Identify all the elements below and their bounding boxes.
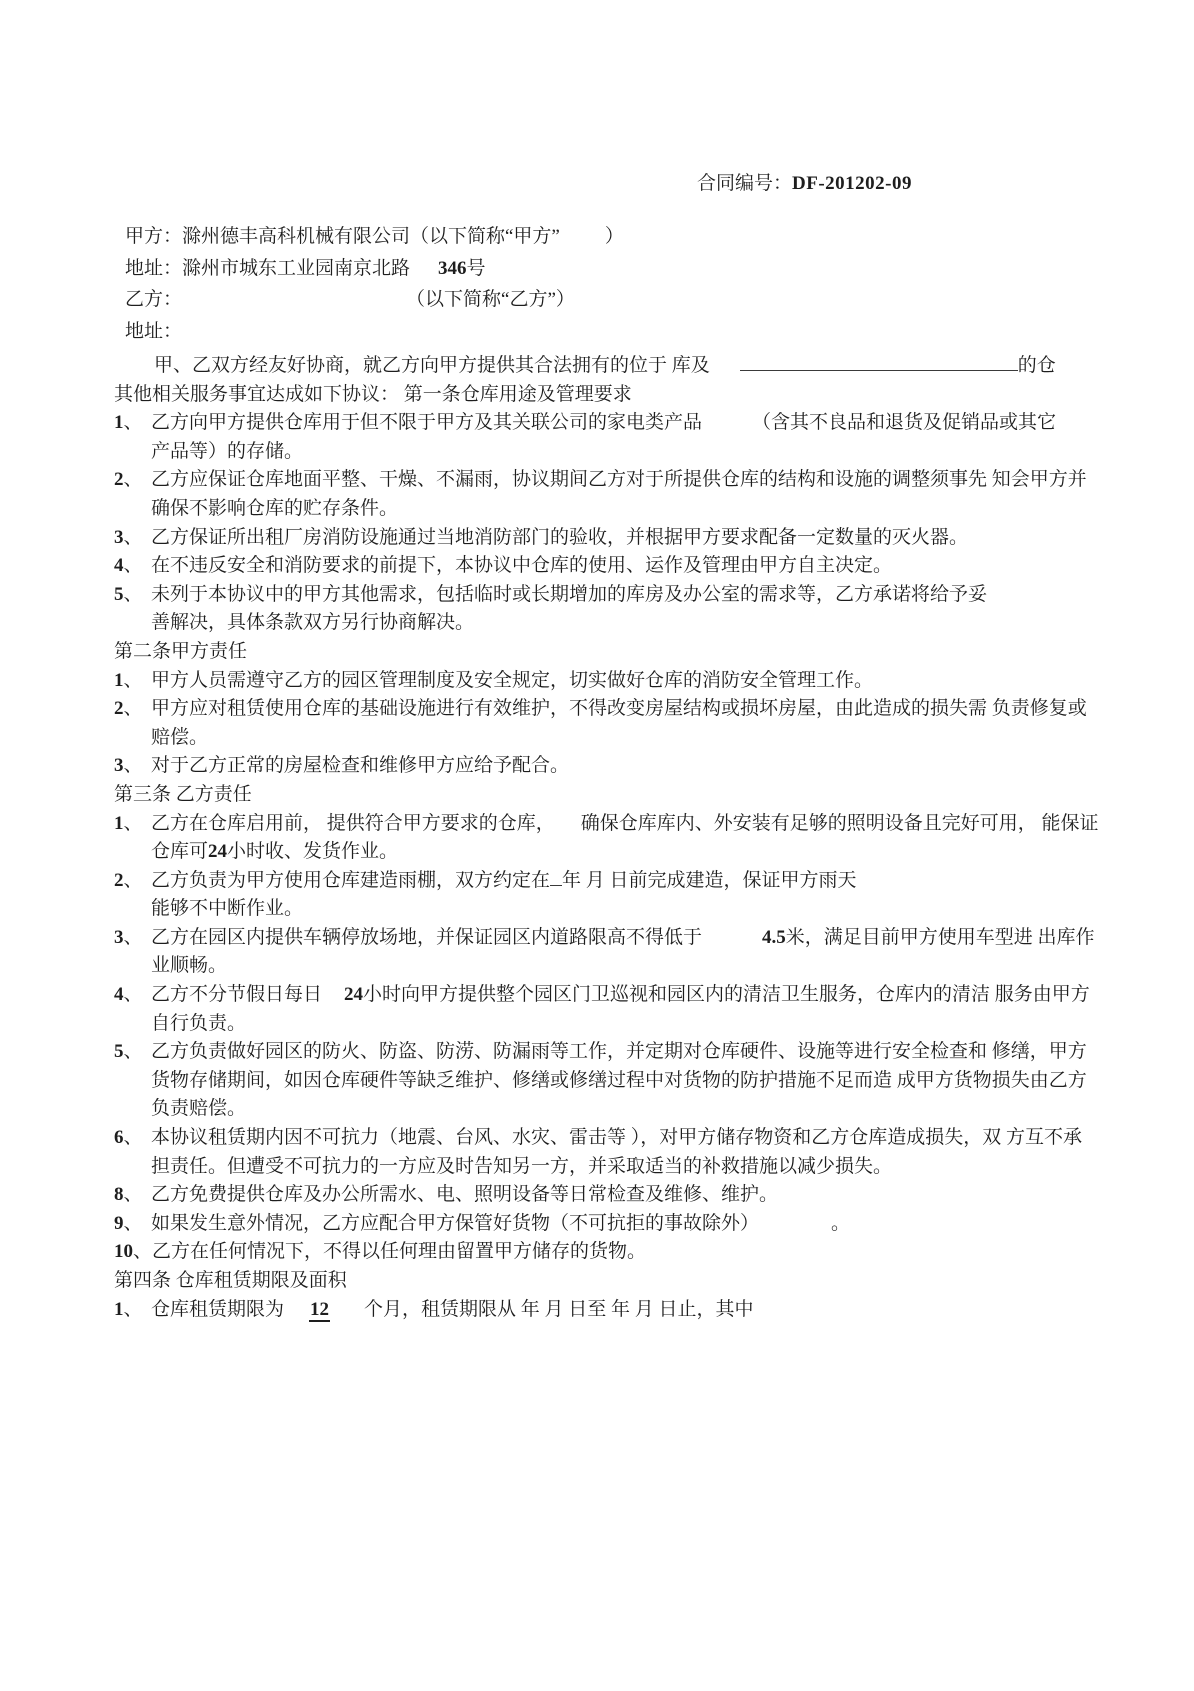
spacer bbox=[759, 1228, 831, 1229]
item-line: 在不违反安全和消防要求的前提下，本协议中仓库的使用、运作及管理由甲方自主决定。 bbox=[151, 552, 892, 581]
text-run: ） bbox=[605, 226, 624, 247]
item-line: 甲方应对租赁使用仓库的基础设施进行有效维护，不得改变房屋结构或损坏房屋，由此造成… bbox=[151, 695, 1087, 724]
header-line: 甲方：滁州德丰高科机械有限公司（以下简称“甲方”） bbox=[125, 221, 1125, 253]
text-run: 仓库可 bbox=[151, 841, 208, 862]
item-number: 9、 bbox=[114, 1210, 151, 1239]
item-number-suffix: 、 bbox=[124, 555, 143, 576]
text-run: 仓库租赁期限为 bbox=[151, 1299, 284, 1320]
item-number-value: 3 bbox=[114, 927, 124, 948]
paragraph-line: 甲、乙双方经友好协商，就乙方向甲方提供其合法拥有的位于 库及的仓 bbox=[114, 352, 1124, 381]
text-run: 甲、乙双方经友好协商，就乙方向甲方提供其合法拥有的位于 库及 bbox=[154, 355, 710, 376]
item-number-value: 3 bbox=[114, 527, 124, 548]
list-item: 5、乙方负责做好园区的防火、防盗、防涝、防漏雨等工作，并定期对仓库硬件、设施等进… bbox=[114, 1038, 1124, 1124]
item-number: 3、 bbox=[114, 524, 151, 553]
section-heading: 第二条甲方责任 bbox=[114, 638, 1124, 667]
text-run: 。 bbox=[831, 1213, 850, 1234]
item-number-suffix: 、 bbox=[124, 927, 143, 948]
text-run: 对于乙方正常的房屋检查和维修甲方应给予配合。 bbox=[151, 755, 569, 776]
item-line: 如果发生意外情况，乙方应配合甲方保管好货物（不可抗拒的事故除外）。 bbox=[151, 1210, 850, 1239]
list-item: 6、本协议租赁期内因不可抗力（地震、台风、水灾、雷击等 ），对甲方储存物资和乙方… bbox=[114, 1124, 1124, 1181]
list-item: 3、对于乙方正常的房屋检查和维修甲方应给予配合。 bbox=[114, 752, 1124, 781]
item-text: 乙方应保证仓库地面平整、干燥、不漏雨，协议期间乙方对于所提供仓库的结构和设施的调… bbox=[151, 466, 1087, 523]
item-number: 1、 bbox=[114, 409, 151, 438]
blank-underline bbox=[740, 353, 1018, 371]
item-text: 乙方在园区内提供车辆停放场地，并保证园区内道路限高不得低于4.5米，满足目前甲方… bbox=[151, 924, 1095, 981]
item-text: 乙方向甲方提供仓库用于但不限于甲方及其关联公司的家电类产品（含其不良品和退货及促… bbox=[151, 409, 1056, 466]
item-text: 乙方在仓库启用前， 提供符合甲方要求的仓库，确保仓库库内、外安装有足够的照明设备… bbox=[151, 810, 1099, 867]
text-run: 乙方不分节假日每日 bbox=[151, 984, 322, 1005]
list-item: 2、甲方应对租赁使用仓库的基础设施进行有效维护，不得改变房屋结构或损坏房屋，由此… bbox=[114, 695, 1124, 752]
contract-document-page: 合同编号：DF-201202-09 甲方：滁州德丰高科机械有限公司（以下简称“甲… bbox=[0, 0, 1194, 1691]
text-run: 的仓 bbox=[1018, 355, 1056, 376]
bold-text-run: 24 bbox=[344, 984, 363, 1005]
item-number: 4、 bbox=[114, 552, 151, 581]
item-number-value: 5 bbox=[114, 1041, 124, 1062]
item-line: 货物存储期间，如因仓库硬件等缺乏维护、修缮或修缮过程中对货物的防护措施不足而造 … bbox=[151, 1067, 1087, 1096]
text-run: 担责任。但遭受不可抗力的一方应及时告知另一方，并采取适当的补救措施以减少损失。 bbox=[151, 1156, 892, 1177]
spacer bbox=[182, 304, 406, 305]
text-run: 自行负责。 bbox=[151, 1013, 246, 1034]
item-number: 8、 bbox=[114, 1181, 151, 1210]
list-item: 3、乙方在园区内提供车辆停放场地，并保证园区内道路限高不得低于4.5米，满足目前… bbox=[114, 924, 1124, 981]
text-run: 年 月 日前完成建造，保证甲方雨天 bbox=[562, 870, 857, 891]
item-text: 如果发生意外情况，乙方应配合甲方保管好货物（不可抗拒的事故除外）。 bbox=[151, 1210, 850, 1239]
text-run: 未列于本协议中的甲方其他需求，包括临时或长期增加的库房及办公室的需求等，乙方承诺… bbox=[151, 584, 987, 605]
item-number: 2、 bbox=[114, 466, 151, 495]
text-run: 小时向甲方提供整个园区门卫巡视和园区内的清洁卫生服务，仓库内的清洁 服务由甲方 bbox=[363, 984, 1090, 1005]
text-run: 地址： bbox=[125, 321, 182, 342]
header-line: 地址：滁州市城东工业园南京北路346号 bbox=[125, 253, 1125, 285]
item-text: 未列于本协议中的甲方其他需求，包括临时或长期增加的库房及办公室的需求等，乙方承诺… bbox=[151, 581, 987, 638]
section-heading: 第四条 仓库租赁期限及面积 bbox=[114, 1267, 1124, 1296]
list-item: 1、甲方人员需遵守乙方的园区管理制度及安全规定，切实做好仓库的消防安全管理工作。 bbox=[114, 667, 1124, 696]
item-line: 担责任。但遭受不可抗力的一方应及时告知另一方，并采取适当的补救措施以减少损失。 bbox=[151, 1153, 1082, 1182]
item-number-suffix: 、 bbox=[124, 412, 143, 433]
item-number-value: 4 bbox=[114, 555, 124, 576]
list-item: 10、乙方在任何情况下，不得以任何理由留置甲方储存的货物。 bbox=[114, 1238, 1124, 1267]
item-text: 仓库租赁期限为12个月，租赁期限从 年 月 日至 年 月 日止，其中 bbox=[151, 1296, 754, 1325]
list-item: 2、乙方负责为甲方使用仓库建造雨棚，双方约定在年 月 日前完成建造，保证甲方雨天… bbox=[114, 867, 1124, 924]
item-line: 本协议租赁期内因不可抗力（地震、台风、水灾、雷击等 ），对甲方储存物资和乙方仓库… bbox=[151, 1124, 1082, 1153]
text-run: 货物存储期间，如因仓库硬件等缺乏维护、修缮或修缮过程中对货物的防护措施不足而造 … bbox=[151, 1070, 1087, 1091]
item-number-value: 8 bbox=[114, 1184, 124, 1205]
text-run: 业顺畅。 bbox=[151, 955, 227, 976]
list-item: 2、乙方应保证仓库地面平整、干燥、不漏雨，协议期间乙方对于所提供仓库的结构和设施… bbox=[114, 466, 1124, 523]
item-line: 善解决，具体条款双方另行协商解决。 bbox=[151, 609, 987, 638]
item-number: 2、 bbox=[114, 867, 151, 896]
item-number-value: 4 bbox=[114, 984, 124, 1005]
list-item: 1、乙方向甲方提供仓库用于但不限于甲方及其关联公司的家电类产品（含其不良品和退货… bbox=[114, 409, 1124, 466]
item-line: 产品等）的存储。 bbox=[151, 438, 1056, 467]
item-line: 负责赔偿。 bbox=[151, 1095, 1087, 1124]
item-line: 乙方在仓库启用前， 提供符合甲方要求的仓库，确保仓库库内、外安装有足够的照明设备… bbox=[151, 810, 1099, 839]
text-run: 第四条 仓库租赁期限及面积 bbox=[114, 1270, 347, 1291]
item-line: 仓库租赁期限为12个月，租赁期限从 年 月 日至 年 月 日止，其中 bbox=[151, 1296, 754, 1325]
item-number: 5、 bbox=[114, 581, 151, 610]
item-line: 赔偿。 bbox=[151, 724, 1087, 753]
list-item: 4、乙方不分节假日每日24小时向甲方提供整个园区门卫巡视和园区内的清洁卫生服务，… bbox=[114, 981, 1124, 1038]
text-run: 能够不中断作业。 bbox=[151, 898, 303, 919]
item-number: 5、 bbox=[114, 1038, 151, 1067]
text-run: 负责赔偿。 bbox=[151, 1098, 246, 1119]
item-number-suffix: 、 bbox=[124, 755, 143, 776]
item-number-suffix: 、 bbox=[124, 1127, 143, 1148]
text-run: 其他相关服务事宜达成如下协议： 第一条仓库用途及管理要求 bbox=[114, 384, 632, 405]
text-run: 乙方应保证仓库地面平整、干燥、不漏雨，协议期间乙方对于所提供仓库的结构和设施的调… bbox=[151, 469, 1087, 490]
text-run: 本协议租赁期内因不可抗力（地震、台风、水灾、雷击等 ），对甲方储存物资和乙方仓库… bbox=[151, 1127, 1082, 1148]
item-text: 本协议租赁期内因不可抗力（地震、台风、水灾、雷击等 ），对甲方储存物资和乙方仓库… bbox=[151, 1124, 1082, 1181]
item-line: 确保不影响仓库的贮存条件。 bbox=[151, 495, 1087, 524]
item-line: 乙方保证所出租厂房消防设施通过当地消防部门的验收，并根据甲方要求配备一定数量的灭… bbox=[151, 524, 968, 553]
item-text: 乙方保证所出租厂房消防设施通过当地消防部门的验收，并根据甲方要求配备一定数量的灭… bbox=[151, 524, 968, 553]
text-run: （以下简称“乙方”） bbox=[406, 289, 575, 310]
text-run: 乙方向甲方提供仓库用于但不限于甲方及其关联公司的家电类产品 bbox=[151, 412, 702, 433]
item-number-value: 3 bbox=[114, 755, 124, 776]
item-line: 乙方在任何情况下，不得以任何理由留置甲方储存的货物。 bbox=[152, 1238, 646, 1267]
blank-underline bbox=[550, 868, 562, 886]
text-run: 米，满足目前甲方使用车型进 出库作 bbox=[786, 927, 1095, 948]
item-number-value: 2 bbox=[114, 870, 124, 891]
item-text: 对于乙方正常的房屋检查和维修甲方应给予配合。 bbox=[151, 752, 569, 781]
item-number-suffix: 、 bbox=[124, 698, 143, 719]
text-run: 号 bbox=[467, 258, 486, 279]
text-run: 善解决，具体条款双方另行协商解决。 bbox=[151, 612, 474, 633]
text-run: 乙方负责做好园区的防火、防盗、防涝、防漏雨等工作，并定期对仓库硬件、设施等进行安… bbox=[151, 1041, 1087, 1062]
bold-text-run: 4.5 bbox=[762, 927, 786, 948]
item-number-suffix: 、 bbox=[124, 584, 143, 605]
item-number: 6、 bbox=[114, 1124, 151, 1153]
text-run: 地址：滁州市城东工业园南京北路 bbox=[125, 258, 410, 279]
list-item: 3、乙方保证所出租厂房消防设施通过当地消防部门的验收，并根据甲方要求配备一定数量… bbox=[114, 524, 1124, 553]
item-line: 对于乙方正常的房屋检查和维修甲方应给予配合。 bbox=[151, 752, 569, 781]
spacer bbox=[702, 942, 762, 943]
item-line: 乙方应保证仓库地面平整、干燥、不漏雨，协议期间乙方对于所提供仓库的结构和设施的调… bbox=[151, 466, 1087, 495]
text-run: 甲方人员需遵守乙方的园区管理制度及安全规定，切实做好仓库的消防安全管理工作。 bbox=[151, 670, 873, 691]
item-line: 乙方免费提供仓库及办公所需水、电、照明设备等日常检查及维修、维护。 bbox=[151, 1181, 778, 1210]
item-line: 乙方在园区内提供车辆停放场地，并保证园区内道路限高不得低于4.5米，满足目前甲方… bbox=[151, 924, 1095, 953]
text-run: 在不违反安全和消防要求的前提下，本协议中仓库的使用、运作及管理由甲方自主决定。 bbox=[151, 555, 892, 576]
text-run: 产品等）的存储。 bbox=[151, 441, 303, 462]
item-number-value: 10 bbox=[114, 1241, 133, 1262]
section-heading: 第三条 乙方责任 bbox=[114, 781, 1124, 810]
item-line: 乙方向甲方提供仓库用于但不限于甲方及其关联公司的家电类产品（含其不良品和退货及促… bbox=[151, 409, 1056, 438]
spacer bbox=[410, 273, 438, 274]
bold-text-run: 24 bbox=[208, 841, 227, 862]
text-run: 乙方负责为甲方使用仓库建造雨棚，双方约定在 bbox=[151, 870, 550, 891]
text-run: 乙方保证所出租厂房消防设施通过当地消防部门的验收，并根据甲方要求配备一定数量的灭… bbox=[151, 527, 968, 548]
item-number-value: 2 bbox=[114, 469, 124, 490]
item-text: 乙方在任何情况下，不得以任何理由留置甲方储存的货物。 bbox=[152, 1238, 646, 1267]
item-text: 乙方不分节假日每日24小时向甲方提供整个园区门卫巡视和园区内的清洁卫生服务，仓库… bbox=[151, 981, 1090, 1038]
item-text: 甲方人员需遵守乙方的园区管理制度及安全规定，切实做好仓库的消防安全管理工作。 bbox=[151, 667, 873, 696]
spacer bbox=[555, 828, 581, 829]
item-number-value: 5 bbox=[114, 584, 124, 605]
bold-text-run: 346 bbox=[438, 258, 467, 279]
text-run: 乙方在仓库启用前， 提供符合甲方要求的仓库， bbox=[151, 813, 555, 834]
item-number-value: 1 bbox=[114, 813, 124, 834]
list-item: 8、乙方免费提供仓库及办公所需水、电、照明设备等日常检查及维修、维护。 bbox=[114, 1181, 1124, 1210]
item-number-suffix: 、 bbox=[124, 1184, 143, 1205]
spacer bbox=[284, 1314, 309, 1315]
item-number: 1、 bbox=[114, 1296, 151, 1325]
item-line: 乙方不分节假日每日24小时向甲方提供整个园区门卫巡视和园区内的清洁卫生服务，仓库… bbox=[151, 981, 1090, 1010]
item-line: 乙方负责做好园区的防火、防盗、防涝、防漏雨等工作，并定期对仓库硬件、设施等进行安… bbox=[151, 1038, 1087, 1067]
text-run: 第三条 乙方责任 bbox=[114, 784, 252, 805]
item-number-suffix: 、 bbox=[133, 1241, 152, 1262]
item-line: 甲方人员需遵守乙方的园区管理制度及安全规定，切实做好仓库的消防安全管理工作。 bbox=[151, 667, 873, 696]
text-run: 如果发生意外情况，乙方应配合甲方保管好货物（不可抗拒的事故除外） bbox=[151, 1213, 759, 1234]
list-item: 4、在不违反安全和消防要求的前提下，本协议中仓库的使用、运作及管理由甲方自主决定… bbox=[114, 552, 1124, 581]
item-number: 2、 bbox=[114, 695, 151, 724]
text-run: 甲方应对租赁使用仓库的基础设施进行有效维护，不得改变房屋结构或损坏房屋，由此造成… bbox=[151, 698, 1087, 719]
spacer bbox=[560, 241, 605, 242]
list-item: 1、乙方在仓库启用前， 提供符合甲方要求的仓库，确保仓库库内、外安装有足够的照明… bbox=[114, 810, 1124, 867]
text-run: 赔偿。 bbox=[151, 727, 208, 748]
item-text: 乙方免费提供仓库及办公所需水、电、照明设备等日常检查及维修、维护。 bbox=[151, 1181, 778, 1210]
item-number: 3、 bbox=[114, 752, 151, 781]
spacer bbox=[710, 370, 740, 371]
header-line: 乙方：（以下简称“乙方”） bbox=[125, 284, 1125, 316]
item-number-suffix: 、 bbox=[124, 1213, 143, 1234]
item-number-suffix: 、 bbox=[124, 1299, 143, 1320]
header-line: 地址： bbox=[125, 316, 1125, 348]
item-number-value: 6 bbox=[114, 1127, 124, 1148]
item-line: 未列于本协议中的甲方其他需求，包括临时或长期增加的库房及办公室的需求等，乙方承诺… bbox=[151, 581, 987, 610]
item-number-suffix: 、 bbox=[124, 670, 143, 691]
item-text: 乙方负责为甲方使用仓库建造雨棚，双方约定在年 月 日前完成建造，保证甲方雨天能够… bbox=[151, 867, 857, 924]
spacer bbox=[702, 427, 752, 428]
contract-number-line: 合同编号：DF-201202-09 bbox=[697, 172, 912, 196]
text-run: 乙方免费提供仓库及办公所需水、电、照明设备等日常检查及维修、维护。 bbox=[151, 1184, 778, 1205]
list-item: 5、未列于本协议中的甲方其他需求，包括临时或长期增加的库房及办公室的需求等，乙方… bbox=[114, 581, 1124, 638]
spacer bbox=[322, 999, 344, 1000]
list-item: 9、如果发生意外情况，乙方应配合甲方保管好货物（不可抗拒的事故除外）。 bbox=[114, 1210, 1124, 1239]
text-run: 个月，租赁期限从 年 月 日至 年 月 日止，其中 bbox=[364, 1299, 754, 1320]
text-run: 甲方：滁州德丰高科机械有限公司（以下简称“甲方” bbox=[125, 226, 560, 247]
text-run: 乙方： bbox=[125, 289, 182, 310]
item-text: 在不违反安全和消防要求的前提下，本协议中仓库的使用、运作及管理由甲方自主决定。 bbox=[151, 552, 892, 581]
item-number-suffix: 、 bbox=[124, 527, 143, 548]
item-number: 3、 bbox=[114, 924, 151, 953]
item-number: 4、 bbox=[114, 981, 151, 1010]
contract-body: 甲、乙双方经友好协商，就乙方向甲方提供其合法拥有的位于 库及的仓其他相关服务事宜… bbox=[114, 352, 1124, 1324]
item-number-suffix: 、 bbox=[124, 1041, 143, 1062]
item-line: 业顺畅。 bbox=[151, 952, 1095, 981]
item-number-value: 2 bbox=[114, 698, 124, 719]
list-item: 1、仓库租赁期限为12个月，租赁期限从 年 月 日至 年 月 日止，其中 bbox=[114, 1296, 1124, 1325]
spacer bbox=[330, 1314, 364, 1315]
text-run: 乙方在园区内提供车辆停放场地，并保证园区内道路限高不得低于 bbox=[151, 927, 702, 948]
item-line: 能够不中断作业。 bbox=[151, 895, 857, 924]
text-run: 小时收、发货作业。 bbox=[227, 841, 398, 862]
item-line: 自行负责。 bbox=[151, 1010, 1090, 1039]
bold-text-run: 12 bbox=[309, 1299, 330, 1322]
item-number: 1、 bbox=[114, 667, 151, 696]
item-number-value: 1 bbox=[114, 412, 124, 433]
text-run: 第二条甲方责任 bbox=[114, 641, 247, 662]
item-number-suffix: 、 bbox=[124, 813, 143, 834]
text-run: 确保仓库库内、外安装有足够的照明设备且完好可用， 能保证 bbox=[581, 813, 1099, 834]
item-line: 乙方负责为甲方使用仓库建造雨棚，双方约定在年 月 日前完成建造，保证甲方雨天 bbox=[151, 867, 857, 896]
item-number-suffix: 、 bbox=[124, 469, 143, 490]
item-number-suffix: 、 bbox=[124, 984, 143, 1005]
parties-header-block: 甲方：滁州德丰高科机械有限公司（以下简称“甲方”）地址：滁州市城东工业园南京北路… bbox=[125, 221, 1125, 347]
text-run: 确保不影响仓库的贮存条件。 bbox=[151, 498, 398, 519]
item-number: 10、 bbox=[114, 1238, 152, 1267]
item-number-value: 9 bbox=[114, 1213, 124, 1234]
contract-number-value: DF-201202-09 bbox=[792, 173, 912, 194]
contract-number-label: 合同编号： bbox=[697, 173, 792, 194]
item-number-suffix: 、 bbox=[124, 870, 143, 891]
text-run: 乙方在任何情况下，不得以任何理由留置甲方储存的货物。 bbox=[152, 1241, 646, 1262]
item-text: 甲方应对租赁使用仓库的基础设施进行有效维护，不得改变房屋结构或损坏房屋，由此造成… bbox=[151, 695, 1087, 752]
paragraph-line: 其他相关服务事宜达成如下协议： 第一条仓库用途及管理要求 bbox=[114, 381, 1124, 410]
text-run: （含其不良品和退货及促销品或其它 bbox=[752, 412, 1056, 433]
item-text: 乙方负责做好园区的防火、防盗、防涝、防漏雨等工作，并定期对仓库硬件、设施等进行安… bbox=[151, 1038, 1087, 1124]
item-number-value: 1 bbox=[114, 670, 124, 691]
item-number-value: 1 bbox=[114, 1299, 124, 1320]
item-number: 1、 bbox=[114, 810, 151, 839]
item-line: 仓库可24小时收、发货作业。 bbox=[151, 838, 1099, 867]
